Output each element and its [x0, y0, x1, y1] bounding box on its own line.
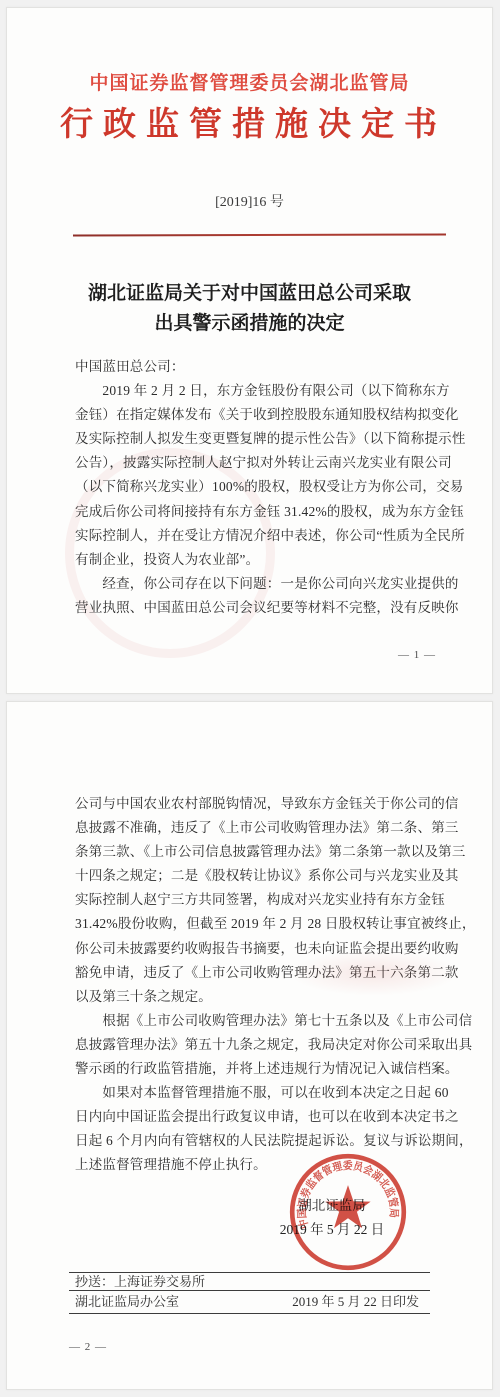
- text-line: 息披露不准确，违反了《上市公司收购管理办法》第二条、第三: [75, 816, 453, 840]
- body-text-page-1: 中国蓝田总公司： 2019 年 2 月 2 日，东方金钰股份有限公司（以下简称东…: [75, 355, 453, 620]
- document-page-1: 中国证券监督管理委员会湖北监管局 行政监管措施决定书 [2019]16 号 湖北…: [6, 7, 493, 694]
- footer-rule-top: [69, 1272, 430, 1273]
- text-line: 经查，你公司存在以下问题：一是你公司向兴龙实业提供的: [75, 572, 453, 596]
- text-line: 条第三款、《上市公司信息披露管理办法》第二条第一款以及第三: [75, 840, 453, 864]
- text-line: （以下简称兴龙实业）100%的股权，股权受让方为你公司，交易: [75, 475, 453, 499]
- text-line: 根据《上市公司收购管理办法》第七十五条以及《上市公司信: [75, 1009, 453, 1033]
- text-line: 公司与中国农业农村部脱钩情况，导致东方金钰关于你公司的信: [75, 792, 453, 816]
- print-through-smudge: [289, 950, 459, 996]
- text-line: 实际控制人赵宁三方共同签署，构成对兴龙实业持有东方金钰: [75, 888, 453, 912]
- footer-issuer-row: 湖北证监局办公室 2019 年 5 月 22 日印发: [75, 1294, 419, 1310]
- text-line: 及实际控制人拟发生变更暨复牌的提示性公告》（以下简称提示性: [75, 427, 453, 451]
- text-line: 十四条之规定；二是《股权转让协议》系你公司与兴龙实业及其: [75, 864, 453, 888]
- footer-office: 湖北证监局办公室: [75, 1294, 179, 1310]
- text-line: 金钰）在指定媒体发布《关于收到控股股东通知股权结构拟变化: [75, 403, 453, 427]
- document-title-line-1: 湖北证监局关于对中国蓝田总公司采取: [7, 279, 492, 309]
- document-page-2: 公司与中国农业农村部脱钩情况，导致东方金钰关于你公司的信息披露不准确，违反了《上…: [6, 701, 493, 1390]
- red-divider-rule: [73, 234, 446, 237]
- text-line: 日内向中国证监会提出行政复议申请，也可以在收到本决定书之: [75, 1105, 453, 1129]
- text-line: 实际控制人，并在受让方情况介绍中表述，你公司“性质为全民所: [75, 524, 453, 548]
- text-line: 警示函的行政监管措施，并将上述违规行为情况记入诚信档案。: [75, 1057, 453, 1081]
- footer-cc: 抄送：上海证券交易所: [75, 1274, 205, 1290]
- footer-rule-bottom: [69, 1313, 430, 1314]
- document-title: 湖北证监局关于对中国蓝田总公司采取 出具警示函措施的决定: [7, 279, 492, 339]
- footer-print-date: 2019 年 5 月 22 日印发: [292, 1294, 419, 1310]
- document-title-line-2: 出具警示函措施的决定: [7, 309, 492, 339]
- page-number-2: — 2 —: [69, 1341, 107, 1353]
- text-line: 中国蓝田总公司：: [75, 355, 453, 379]
- text-line: 完成后你公司将间接持有东方金钰 31.42%的股权，成为东方金钰: [75, 500, 453, 524]
- text-line: 息披露管理办法》第五十九条之规定，我局决定对你公司采取出具: [75, 1033, 453, 1057]
- scanned-document-viewer: 中国证券监督管理委员会湖北监管局 行政监管措施决定书 [2019]16 号 湖北…: [0, 0, 500, 1397]
- text-line: 公告），披露实际控制人赵宁拟对外转让云南兴龙实业有限公司: [75, 451, 453, 475]
- document-type-title: 行政监管措施决定书: [7, 98, 492, 145]
- text-line: 31.42%股份收购，但截至 2019 年 2 月 28 日股权转让事宜被终止，: [75, 912, 453, 936]
- official-seal: 中国证券监督管理委员会湖北监管局: [286, 1150, 410, 1274]
- text-line: 营业执照、中国蓝田总公司会议纪要等材料不完整，没有反映你: [75, 596, 453, 620]
- text-line: 如果对本监督管理措施不服，可以在收到本决定之日起 60: [75, 1081, 453, 1105]
- seal-star-icon: [325, 1185, 370, 1228]
- text-line: 有制企业，投资人为农业部”。: [75, 548, 453, 572]
- text-line: 2019 年 2 月 2 日，东方金钰股份有限公司（以下简称东方: [75, 379, 453, 403]
- agency-header: 中国证券监督管理委员会湖北监管局: [7, 68, 492, 95]
- page-number-1: — 1 —: [398, 649, 436, 661]
- footer-rule-middle: [69, 1290, 430, 1291]
- document-number: [2019]16 号: [7, 191, 492, 211]
